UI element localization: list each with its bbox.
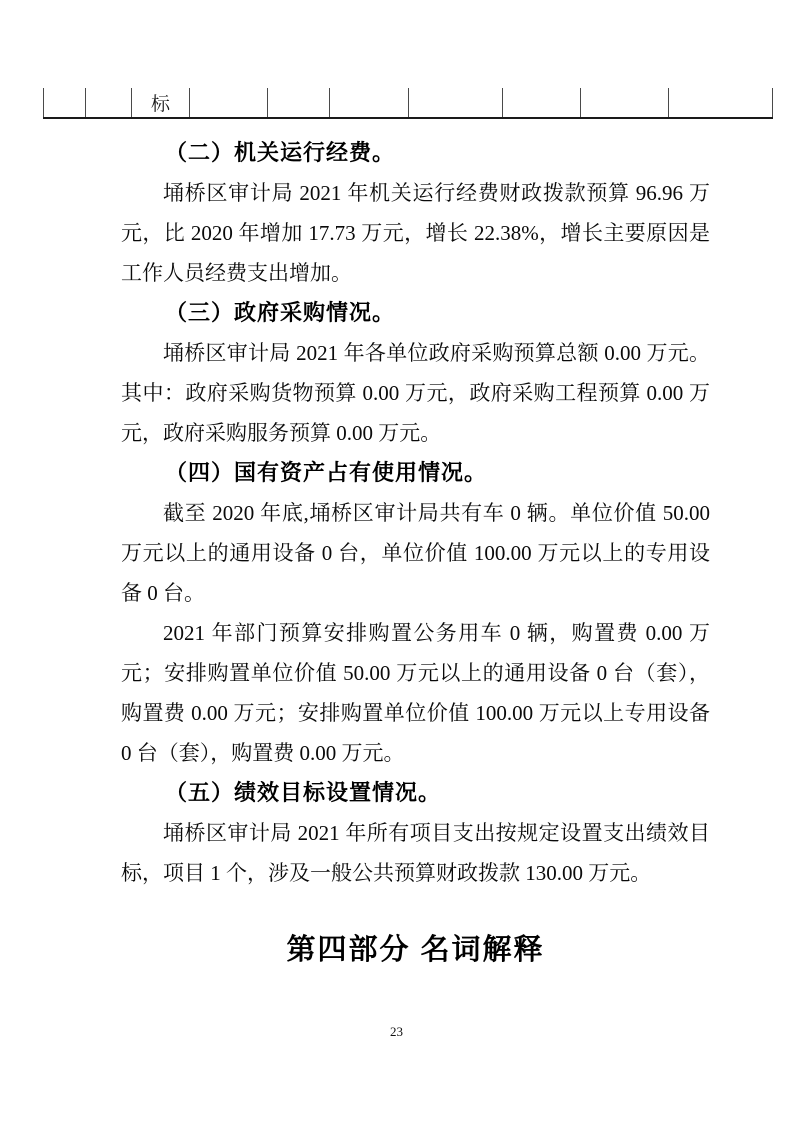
table-fragment: 标	[43, 88, 773, 119]
table-cell	[267, 88, 329, 117]
document-body: （二）机关运行经费。 埇桥区审计局 2021 年机关运行经费财政拨款预算 96.…	[121, 133, 710, 968]
table-cell	[580, 88, 668, 117]
table-cell	[668, 88, 773, 117]
section-heading: （四）国有资产占有使用情况。	[121, 453, 710, 493]
page-number: 23	[0, 1024, 793, 1040]
table-cell	[85, 88, 131, 117]
paragraph: 埇桥区审计局 2021 年各单位政府采购预算总额 0.00 万元。其中：政府采购…	[121, 333, 710, 453]
table-cell	[189, 88, 267, 117]
document-page: 标 （二）机关运行经费。 埇桥区审计局 2021 年机关运行经费财政拨款预算 9…	[0, 0, 793, 1122]
section-heading: （五）绩效目标设置情况。	[121, 773, 710, 813]
part-title: 第四部分 名词解释	[121, 927, 710, 968]
table-cell	[408, 88, 502, 117]
section-heading: （三）政府采购情况。	[121, 293, 710, 333]
table-cell	[329, 88, 408, 117]
section-heading: （二）机关运行经费。	[121, 133, 710, 173]
section-performance-targets: （五）绩效目标设置情况。 埇桥区审计局 2021 年所有项目支出按规定设置支出绩…	[121, 773, 710, 893]
paragraph: 截至 2020 年底,埇桥区审计局共有车 0 辆。单位价值 50.00 万元以上…	[121, 493, 710, 613]
paragraph: 2021 年部门预算安排购置公务用车 0 辆，购置费 0.00 万元；安排购置单…	[121, 613, 710, 773]
section-government-procurement: （三）政府采购情况。 埇桥区审计局 2021 年各单位政府采购预算总额 0.00…	[121, 293, 710, 453]
section-agency-operating-expenses: （二）机关运行经费。 埇桥区审计局 2021 年机关运行经费财政拨款预算 96.…	[121, 133, 710, 293]
paragraph: 埇桥区审计局 2021 年所有项目支出按规定设置支出绩效目标，项目 1 个，涉及…	[121, 813, 710, 893]
table-cell: 标	[131, 88, 189, 117]
section-state-owned-assets: （四）国有资产占有使用情况。 截至 2020 年底,埇桥区审计局共有车 0 辆。…	[121, 453, 710, 773]
paragraph: 埇桥区审计局 2021 年机关运行经费财政拨款预算 96.96 万元，比 202…	[121, 173, 710, 293]
table-cell	[43, 88, 85, 117]
table-cell	[502, 88, 580, 117]
